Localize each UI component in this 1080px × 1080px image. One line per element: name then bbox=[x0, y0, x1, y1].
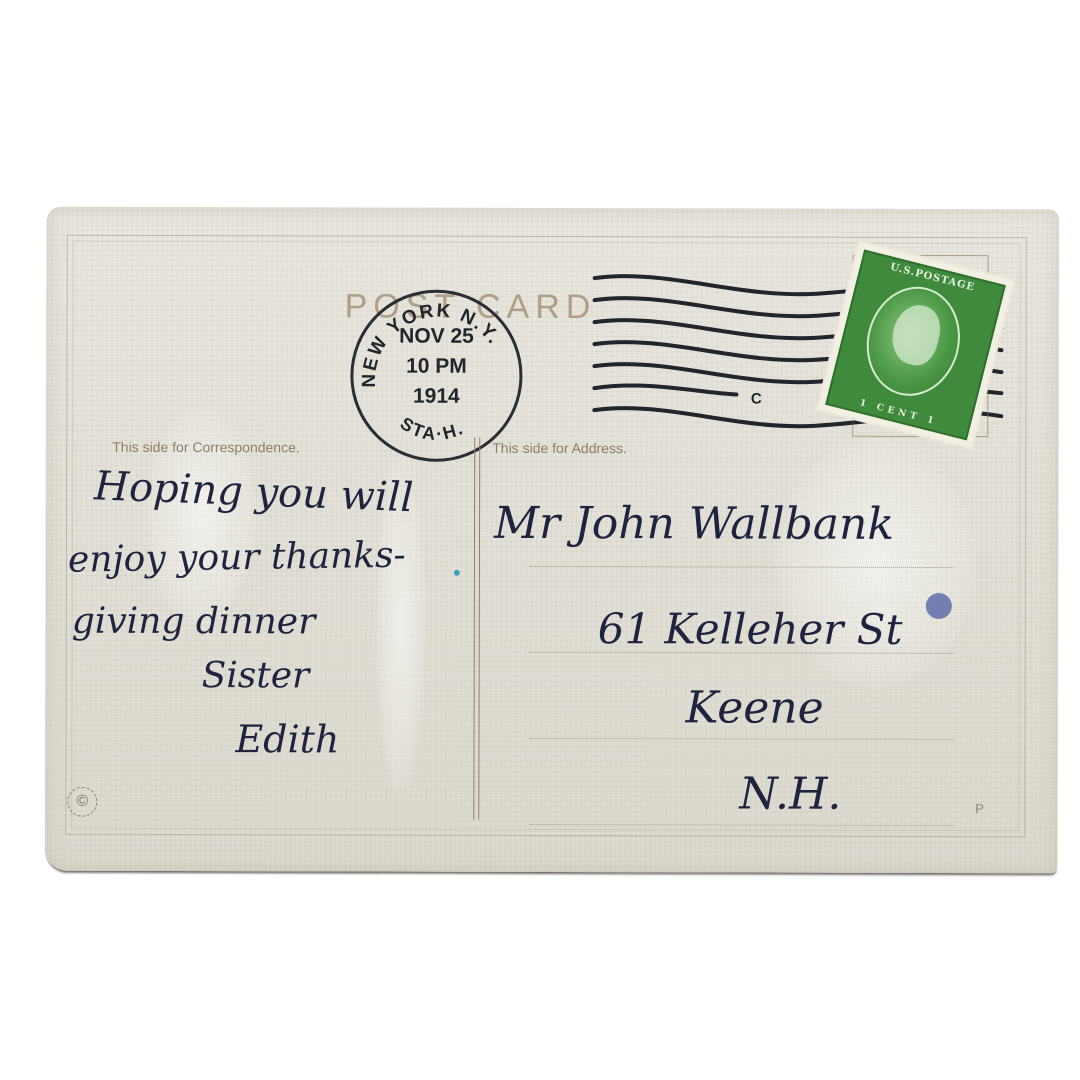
message-line-2: enjoy your thanks- bbox=[68, 535, 406, 581]
pencil-mark: P bbox=[975, 801, 984, 816]
address-city: Keene bbox=[685, 682, 823, 733]
stamp-portrait-oval bbox=[855, 277, 971, 406]
postmark-time: 10 PM bbox=[353, 354, 519, 378]
center-divider bbox=[473, 438, 480, 820]
washington-portrait-icon bbox=[886, 300, 945, 369]
address-label: This side for Address. bbox=[492, 440, 627, 456]
message-signature: Edith bbox=[235, 717, 339, 761]
message-signoff: Sister bbox=[202, 655, 310, 696]
postmark-date: NOV 25 bbox=[354, 324, 520, 348]
message-line-3: giving dinner bbox=[72, 601, 316, 643]
address-name: Mr John Wallbank bbox=[494, 498, 894, 550]
ink-blot bbox=[926, 593, 952, 619]
correspondence-label: This side for Correspondence. bbox=[112, 439, 300, 455]
address-street: 61 Kelleher St bbox=[598, 604, 903, 654]
address-state: N.H. bbox=[739, 768, 841, 819]
svg-text:STA·H.: STA·H. bbox=[397, 413, 468, 444]
cancel-letter: C bbox=[746, 391, 766, 408]
ink-spot bbox=[454, 570, 460, 576]
publisher-copyright-mark: © bbox=[67, 787, 97, 817]
postcard-back: POST CARD C NEW YORK N.Y. STA·H. bbox=[45, 207, 1059, 874]
postmark-year: 1914 bbox=[353, 384, 519, 408]
postmark: NEW YORK N.Y. STA·H. NOV 25 10 PM 1914 bbox=[350, 289, 522, 461]
